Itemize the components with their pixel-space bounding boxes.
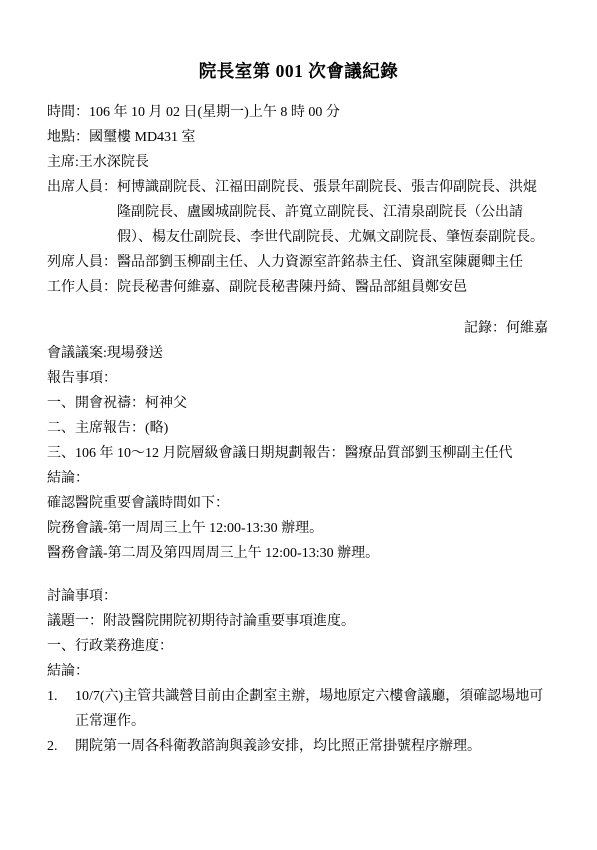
report-conclusion-1: 確認醫院重要會議時間如下：: [47, 491, 550, 516]
report-conclusion-2: 院務會議-第一周周三上午 12:00-13:30 辦理。: [47, 516, 550, 541]
report-item-1: 一、開會祝禱：柯神父: [47, 391, 550, 416]
item-number: 1.: [47, 684, 75, 734]
staff-row: 工作人員： 院長秘書何維嘉、副院長秘書陳丹綺、醫品部組員鄭安邑: [47, 275, 550, 300]
attendees-row: 出席人員： 柯博識副院長、江福田副院長、張景年副院長、張吉仰副院長、洪焜隆副院長…: [47, 175, 550, 250]
discussion-topic: 議題一：附設醫院開院初期待討論重要事項進度。: [47, 609, 550, 634]
recorder-line: 記錄：何維嘉: [47, 316, 550, 341]
recorder-name: 記錄：何維嘉: [464, 321, 548, 336]
report-heading: 報告事項：: [47, 366, 550, 391]
document-page: 院長室第 001 次會議紀錄 時間：106 年 10 月 02 日(星期一)上午…: [0, 0, 597, 850]
observers-names: 醫品部劉玉柳副主任、人力資源室許銘恭主任、資訊室陳麗卿主任: [117, 250, 550, 275]
observers-label: 列席人員：: [47, 250, 117, 275]
report-conclusion-label: 結論：: [47, 466, 550, 491]
meeting-chair: 主席:王水深院長: [47, 150, 550, 175]
discussion-heading: 討論事項：: [47, 584, 550, 609]
discussion-conclusion-label: 結論：: [47, 659, 550, 684]
report-item-2: 二、主席報告：(略): [47, 416, 550, 441]
page-title: 院長室第 001 次會議紀錄: [47, 57, 550, 85]
report-item-3: 三、106 年 10～12 月院層級會議日期規劃報告：醫療品質部劉玉柳副主任代: [47, 441, 550, 466]
attendees-names: 柯博識副院長、江福田副院長、張景年副院長、張吉仰副院長、洪焜隆副院長、盧國城副院…: [117, 175, 550, 250]
report-conclusion-3: 醫務會議-第二周及第四周周三上午 12:00-13:30 辦理。: [47, 541, 550, 566]
staff-label: 工作人員：: [47, 275, 117, 300]
observers-row: 列席人員： 醫品部劉玉柳副主任、人力資源室許銘恭主任、資訊室陳麗卿主任: [47, 250, 550, 275]
staff-names: 院長秘書何維嘉、副院長秘書陳丹綺、醫品部組員鄭安邑: [117, 275, 550, 300]
discussion-conclusion-item-2: 2. 開院第一周各科衛教諮詢與義診安排，均比照正常掛號程序辦理。: [47, 734, 550, 759]
item-number: 2.: [47, 734, 75, 759]
agenda-note: 會議議案:現場發送: [47, 341, 550, 366]
section-gap: [47, 566, 550, 584]
item-text: 開院第一周各科衛教諮詢與義診安排，均比照正常掛號程序辦理。: [75, 734, 550, 759]
meeting-location: 地點：國璽樓 MD431 室: [47, 125, 550, 150]
meeting-time: 時間：106 年 10 月 02 日(星期一)上午 8 時 00 分: [47, 100, 550, 125]
discussion-conclusion-item-1: 1. 10/7(六)主管共識營目前由企劃室主辦，場地原定六樓會議廳，須確認場地可…: [47, 684, 550, 734]
discussion-subheading: 一、行政業務進度：: [47, 634, 550, 659]
attendees-label: 出席人員：: [47, 175, 117, 250]
item-text: 10/7(六)主管共識營目前由企劃室主辦，場地原定六樓會議廳，須確認場地可正常運…: [75, 684, 550, 734]
